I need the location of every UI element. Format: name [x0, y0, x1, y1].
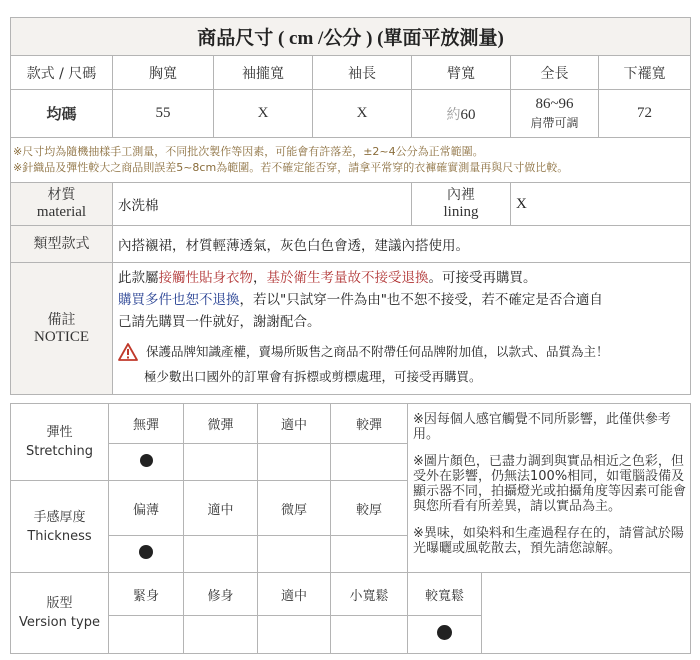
fit-option: 適中 — [258, 573, 331, 616]
thickness-option: 微厚 — [258, 481, 331, 536]
thickness-option: 適中 — [184, 481, 258, 536]
stretching-option: 無彈 — [109, 404, 184, 444]
stretching-option: 適中 — [258, 404, 331, 444]
fit-marker-cell — [184, 616, 258, 654]
export-note: 極少數出口國外的訂單會有拆標或剪標處理，可接受再購買。 — [118, 366, 685, 388]
length-value: 86~96肩帶可調 — [511, 90, 599, 138]
sleeve-length-value: X — [313, 90, 412, 138]
thickness-label: 手感厚度 Thickness — [11, 481, 109, 573]
header-armhole: 袖攏寬 — [214, 56, 313, 90]
material-label: 材質 material — [11, 183, 113, 226]
attributes-notes: ※因每個人感官觸覺不同所影響，此僅供參考用。 ※圖片顏色，已盡力調到與實品相近之… — [408, 404, 691, 573]
warning-text: 保護品牌知識產權，賣場所販售之商品不附帶任何品牌附加值，以款式、品質為主！ — [146, 341, 609, 363]
measurement-note-2: ※針織品及彈性較大之商品則誤差5~8cm為範圍。若不確定能否穿，請拿平常穿的衣褲… — [13, 160, 688, 176]
lining-label-zh: 內裡 — [412, 187, 510, 204]
header-hem-width: 下襬寬 — [599, 56, 691, 90]
fit-label-zh: 版型 — [11, 594, 108, 613]
thickness-marker-cell — [109, 536, 184, 573]
notice-label-en: NOTICE — [11, 329, 112, 346]
arm-width-value: 約60 — [412, 90, 511, 138]
notice-text: 。可接受再購買。 — [429, 270, 537, 286]
notice-row: 備註 NOTICE 此款屬接觸性貼身衣物，基於衛生考量故不接受退換。可接受再購買… — [11, 263, 691, 395]
fit-options-row: 版型 Version type 緊身 修身 適中 小寬鬆 較寬鬆 — [11, 573, 691, 616]
lining-label-en: lining — [412, 204, 510, 221]
hem-width-value: 72 — [599, 90, 691, 138]
notice-text: ， — [253, 270, 267, 286]
fit-marker-cell — [109, 616, 184, 654]
fit-marker-cell — [331, 616, 408, 654]
notice-content: 此款屬接觸性貼身衣物，基於衛生考量故不接受退換。可接受再購買。 購買多件也恕不退… — [113, 263, 691, 395]
notice-line-2: 購買多件也恕不退換，若以"只試穿一件為由"也不恕不接受，若不確定是否合適自 — [118, 289, 685, 311]
measurement-note-1: ※尺寸均為隨機抽樣手工測量，不同批次製作等因素，可能會有許落差，±2~4公分為正… — [13, 144, 688, 160]
notice-highlight-blue: 購買多件也恕不退換 — [118, 292, 240, 308]
style-label: 類型款式 — [11, 226, 113, 263]
notice-label: 備註 NOTICE — [11, 263, 113, 395]
thickness-marker-cell — [184, 536, 258, 573]
fit-option: 修身 — [184, 573, 258, 616]
selected-dot-icon — [140, 454, 153, 467]
stretching-marker-cell — [258, 444, 331, 481]
chest-value: 55 — [113, 90, 214, 138]
stretching-label-en: Stretching — [11, 442, 108, 461]
stretching-label-zh: 彈性 — [11, 423, 108, 442]
thickness-option: 較厚 — [331, 481, 408, 536]
attributes-note-3: ※異味，如染料和生產過程存在的，請嘗試於陽光曝曬或風乾散去，預先請您諒解。 — [413, 526, 687, 556]
lining-label: 內裡 lining — [412, 183, 511, 226]
fit-option: 小寬鬆 — [331, 573, 408, 616]
size-table-title: 商品尺寸 ( cm /公分 ) (單面平放測量) — [11, 18, 691, 56]
material-value: 水洗棉 — [113, 183, 412, 226]
fit-empty-cell — [482, 573, 691, 654]
size-value: 均碼 — [11, 90, 113, 138]
attributes-note-2: ※圖片顏色，已盡力調到與實品相近之色彩，但受外在影響，仍無法100%相同，如電腦… — [413, 454, 687, 514]
header-chest: 胸寬 — [113, 56, 214, 90]
arm-width-number: 60 — [461, 107, 476, 123]
thickness-marker-cell — [331, 536, 408, 573]
attributes-note-1: ※因每個人感官觸覺不同所影響，此僅供參考用。 — [413, 412, 687, 442]
notice-highlight-red: 基於衛生考量故不接受退換 — [267, 270, 429, 286]
notice-highlight-red: 接觸性貼身衣物 — [159, 270, 254, 286]
stretching-marker-cell — [331, 444, 408, 481]
thickness-marker-cell — [258, 536, 331, 573]
fit-marker-cell — [258, 616, 331, 654]
fit-marker-cell — [408, 616, 482, 654]
attributes-table: 彈性 Stretching 無彈 微彈 適中 較彈 ※因每個人感官觸覺不同所影響… — [10, 403, 691, 654]
stretching-label: 彈性 Stretching — [11, 404, 109, 481]
armhole-value: X — [214, 90, 313, 138]
selected-dot-icon — [139, 545, 153, 559]
material-row: 材質 material 水洗棉 內裡 lining X — [11, 183, 691, 226]
stretching-marker-cell — [109, 444, 184, 481]
selected-dot-icon — [437, 625, 452, 640]
fit-label: 版型 Version type — [11, 573, 109, 654]
thickness-label-en: Thickness — [11, 527, 108, 546]
length-number: 86~96 — [535, 96, 573, 112]
style-value: 內搭襯裙，材質輕薄透氣，灰色白色會透，建議內搭使用。 — [113, 226, 691, 263]
material-label-zh: 材質 — [11, 187, 112, 204]
header-length: 全長 — [511, 56, 599, 90]
style-row: 類型款式 內搭襯裙，材質輕薄透氣，灰色白色會透，建議內搭使用。 — [11, 226, 691, 263]
material-label-en: material — [11, 204, 112, 221]
stretching-option: 較彈 — [331, 404, 408, 444]
fit-option: 較寬鬆 — [408, 573, 482, 616]
thickness-option: 偏薄 — [109, 481, 184, 536]
fit-option: 緊身 — [109, 573, 184, 616]
stretching-marker-cell — [184, 444, 258, 481]
notice-line-1: 此款屬接觸性貼身衣物，基於衛生考量故不接受退換。可接受再購買。 — [118, 267, 685, 289]
warning-triangle-icon — [118, 343, 138, 361]
size-header-row: 款式 / 尺碼 胸寬 袖攏寬 袖長 臂寬 全長 下襬寬 — [11, 56, 691, 90]
fit-label-en: Version type — [11, 613, 108, 632]
header-arm-width: 臂寬 — [412, 56, 511, 90]
notice-label-zh: 備註 — [11, 312, 112, 329]
size-table: 商品尺寸 ( cm /公分 ) (單面平放測量) 款式 / 尺碼 胸寬 袖攏寬 … — [10, 17, 691, 395]
approx-prefix: 約 — [447, 108, 461, 123]
notice-line-3: 己請先購買一件就好，謝謝配合。 — [118, 311, 685, 333]
notice-text: ，若以"只試穿一件為由"也不恕不接受，若不確定是否合適自 — [240, 292, 603, 308]
lining-value: X — [511, 183, 691, 226]
header-size: 款式 / 尺碼 — [11, 56, 113, 90]
size-value-row: 均碼 55 X X 約60 86~96肩帶可調 72 — [11, 90, 691, 138]
warning-line: 保護品牌知識產權，賣場所販售之商品不附帶任何品牌附加值，以款式、品質為主！ — [118, 341, 685, 363]
thickness-label-zh: 手感厚度 — [11, 508, 108, 527]
stretching-option: 微彈 — [184, 404, 258, 444]
notice-text: 此款屬 — [118, 270, 159, 286]
measurement-notes: ※尺寸均為隨機抽樣手工測量，不同批次製作等因素，可能會有許落差，±2~4公分為正… — [11, 138, 691, 183]
length-note: 肩帶可調 — [511, 114, 598, 131]
header-sleeve-length: 袖長 — [313, 56, 412, 90]
stretching-options-row: 彈性 Stretching 無彈 微彈 適中 較彈 ※因每個人感官觸覺不同所影響… — [11, 404, 691, 444]
